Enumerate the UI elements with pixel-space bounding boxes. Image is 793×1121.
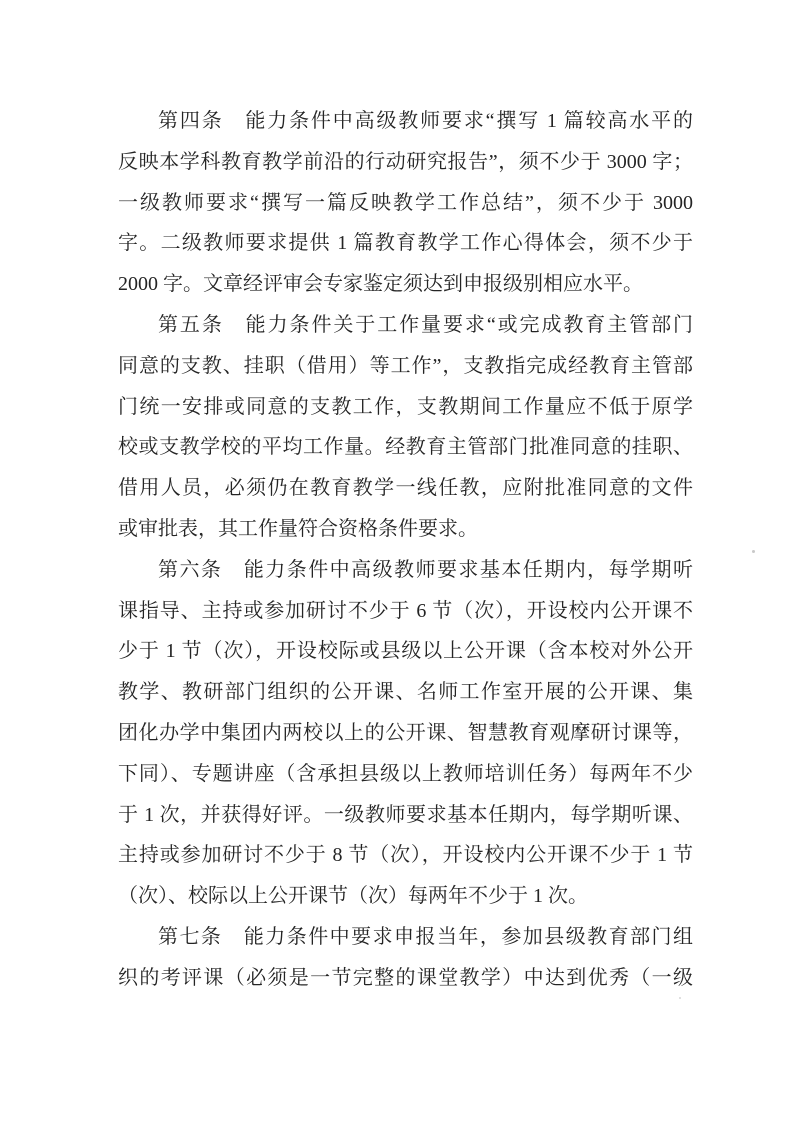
text-line: 借用人员，必须仍在教育教学一线任教，应附批准同意的文件 xyxy=(118,468,693,509)
text-line: 字。二级教师要求提供 1 篇教育教学工作心得体会，须不少于 xyxy=(118,223,693,264)
text-line: 第四条 能力条件中高级教师要求“撰写 1 篇较高水平的 xyxy=(118,101,693,142)
text-line: 门统一安排或同意的支教工作，支教期间工作量应不低于原学 xyxy=(118,387,693,428)
text-line: 少于 1 节（次），开设校际或县级以上公开课（含本校对外公开 xyxy=(118,631,693,672)
scan-artifact-speck xyxy=(752,550,755,553)
text-line: 织的考评课（必须是一节完整的课堂教学）中达到优秀（一级 xyxy=(118,958,693,999)
text-line: 同意的支教、挂职（借用）等工作”，支教指完成经教育主管部 xyxy=(118,346,693,387)
text-line: 或审批表，其工作量符合资格条件要求。 xyxy=(118,509,693,550)
paragraph-article-6: 第六条 能力条件中高级教师要求基本任期内，每学期听 课指导、主持或参加研讨不少于… xyxy=(118,550,693,917)
text-line: 一级教师要求“撰写一篇反映教学工作总结”，须不少于 3000 xyxy=(118,183,693,224)
text-line: 第六条 能力条件中高级教师要求基本任期内，每学期听 xyxy=(118,550,693,591)
text-line: 反映本学科教育教学前沿的行动研究报告”，须不少于 3000 字； xyxy=(118,142,693,183)
text-line: 于 1 次，并获得好评。一级教师要求基本任期内，每学期听课、 xyxy=(118,795,693,836)
text-line: 主持或参加研讨不少于 8 节（次），开设校内公开课不少于 1 节 xyxy=(118,835,693,876)
text-line: 下同）、专题讲座（含承担县级以上教师培训任务）每两年不少 xyxy=(118,754,693,795)
text-line: 2000 字。文章经评审会专家鉴定须达到申报级别相应水平。 xyxy=(118,264,693,305)
text-line: 校或支教学校的平均工作量。经教育主管部门批准同意的挂职、 xyxy=(118,427,693,468)
paragraph-article-7: 第七条 能力条件中要求申报当年，参加县级教育部门组 织的考评课（必须是一节完整的… xyxy=(118,917,693,999)
text-line: 教学、教研部门组织的公开课、名师工作室开展的公开课、集 xyxy=(118,672,693,713)
text-line: 课指导、主持或参加研讨不少于 6 节（次），开设校内公开课不 xyxy=(118,591,693,632)
text-line: 团化办学中集团内两校以上的公开课、智慧教育观摩研讨课等， xyxy=(118,713,693,754)
paragraph-article-4: 第四条 能力条件中高级教师要求“撰写 1 篇较高水平的 反映本学科教育教学前沿的… xyxy=(118,101,693,305)
text-line: （次）、校际以上公开课节（次）每两年不少于 1 次。 xyxy=(118,876,693,917)
document-body: 第四条 能力条件中高级教师要求“撰写 1 篇较高水平的 反映本学科教育教学前沿的… xyxy=(118,101,693,999)
text-line: 第五条 能力条件关于工作量要求“或完成教育主管部门 xyxy=(118,305,693,346)
document-page: 第四条 能力条件中高级教师要求“撰写 1 篇较高水平的 反映本学科教育教学前沿的… xyxy=(0,0,793,1121)
paragraph-article-5: 第五条 能力条件关于工作量要求“或完成教育主管部门 同意的支教、挂职（借用）等工… xyxy=(118,305,693,550)
text-line: 第七条 能力条件中要求申报当年，参加县级教育部门组 xyxy=(118,917,693,958)
scan-artifact-speck xyxy=(679,997,681,999)
